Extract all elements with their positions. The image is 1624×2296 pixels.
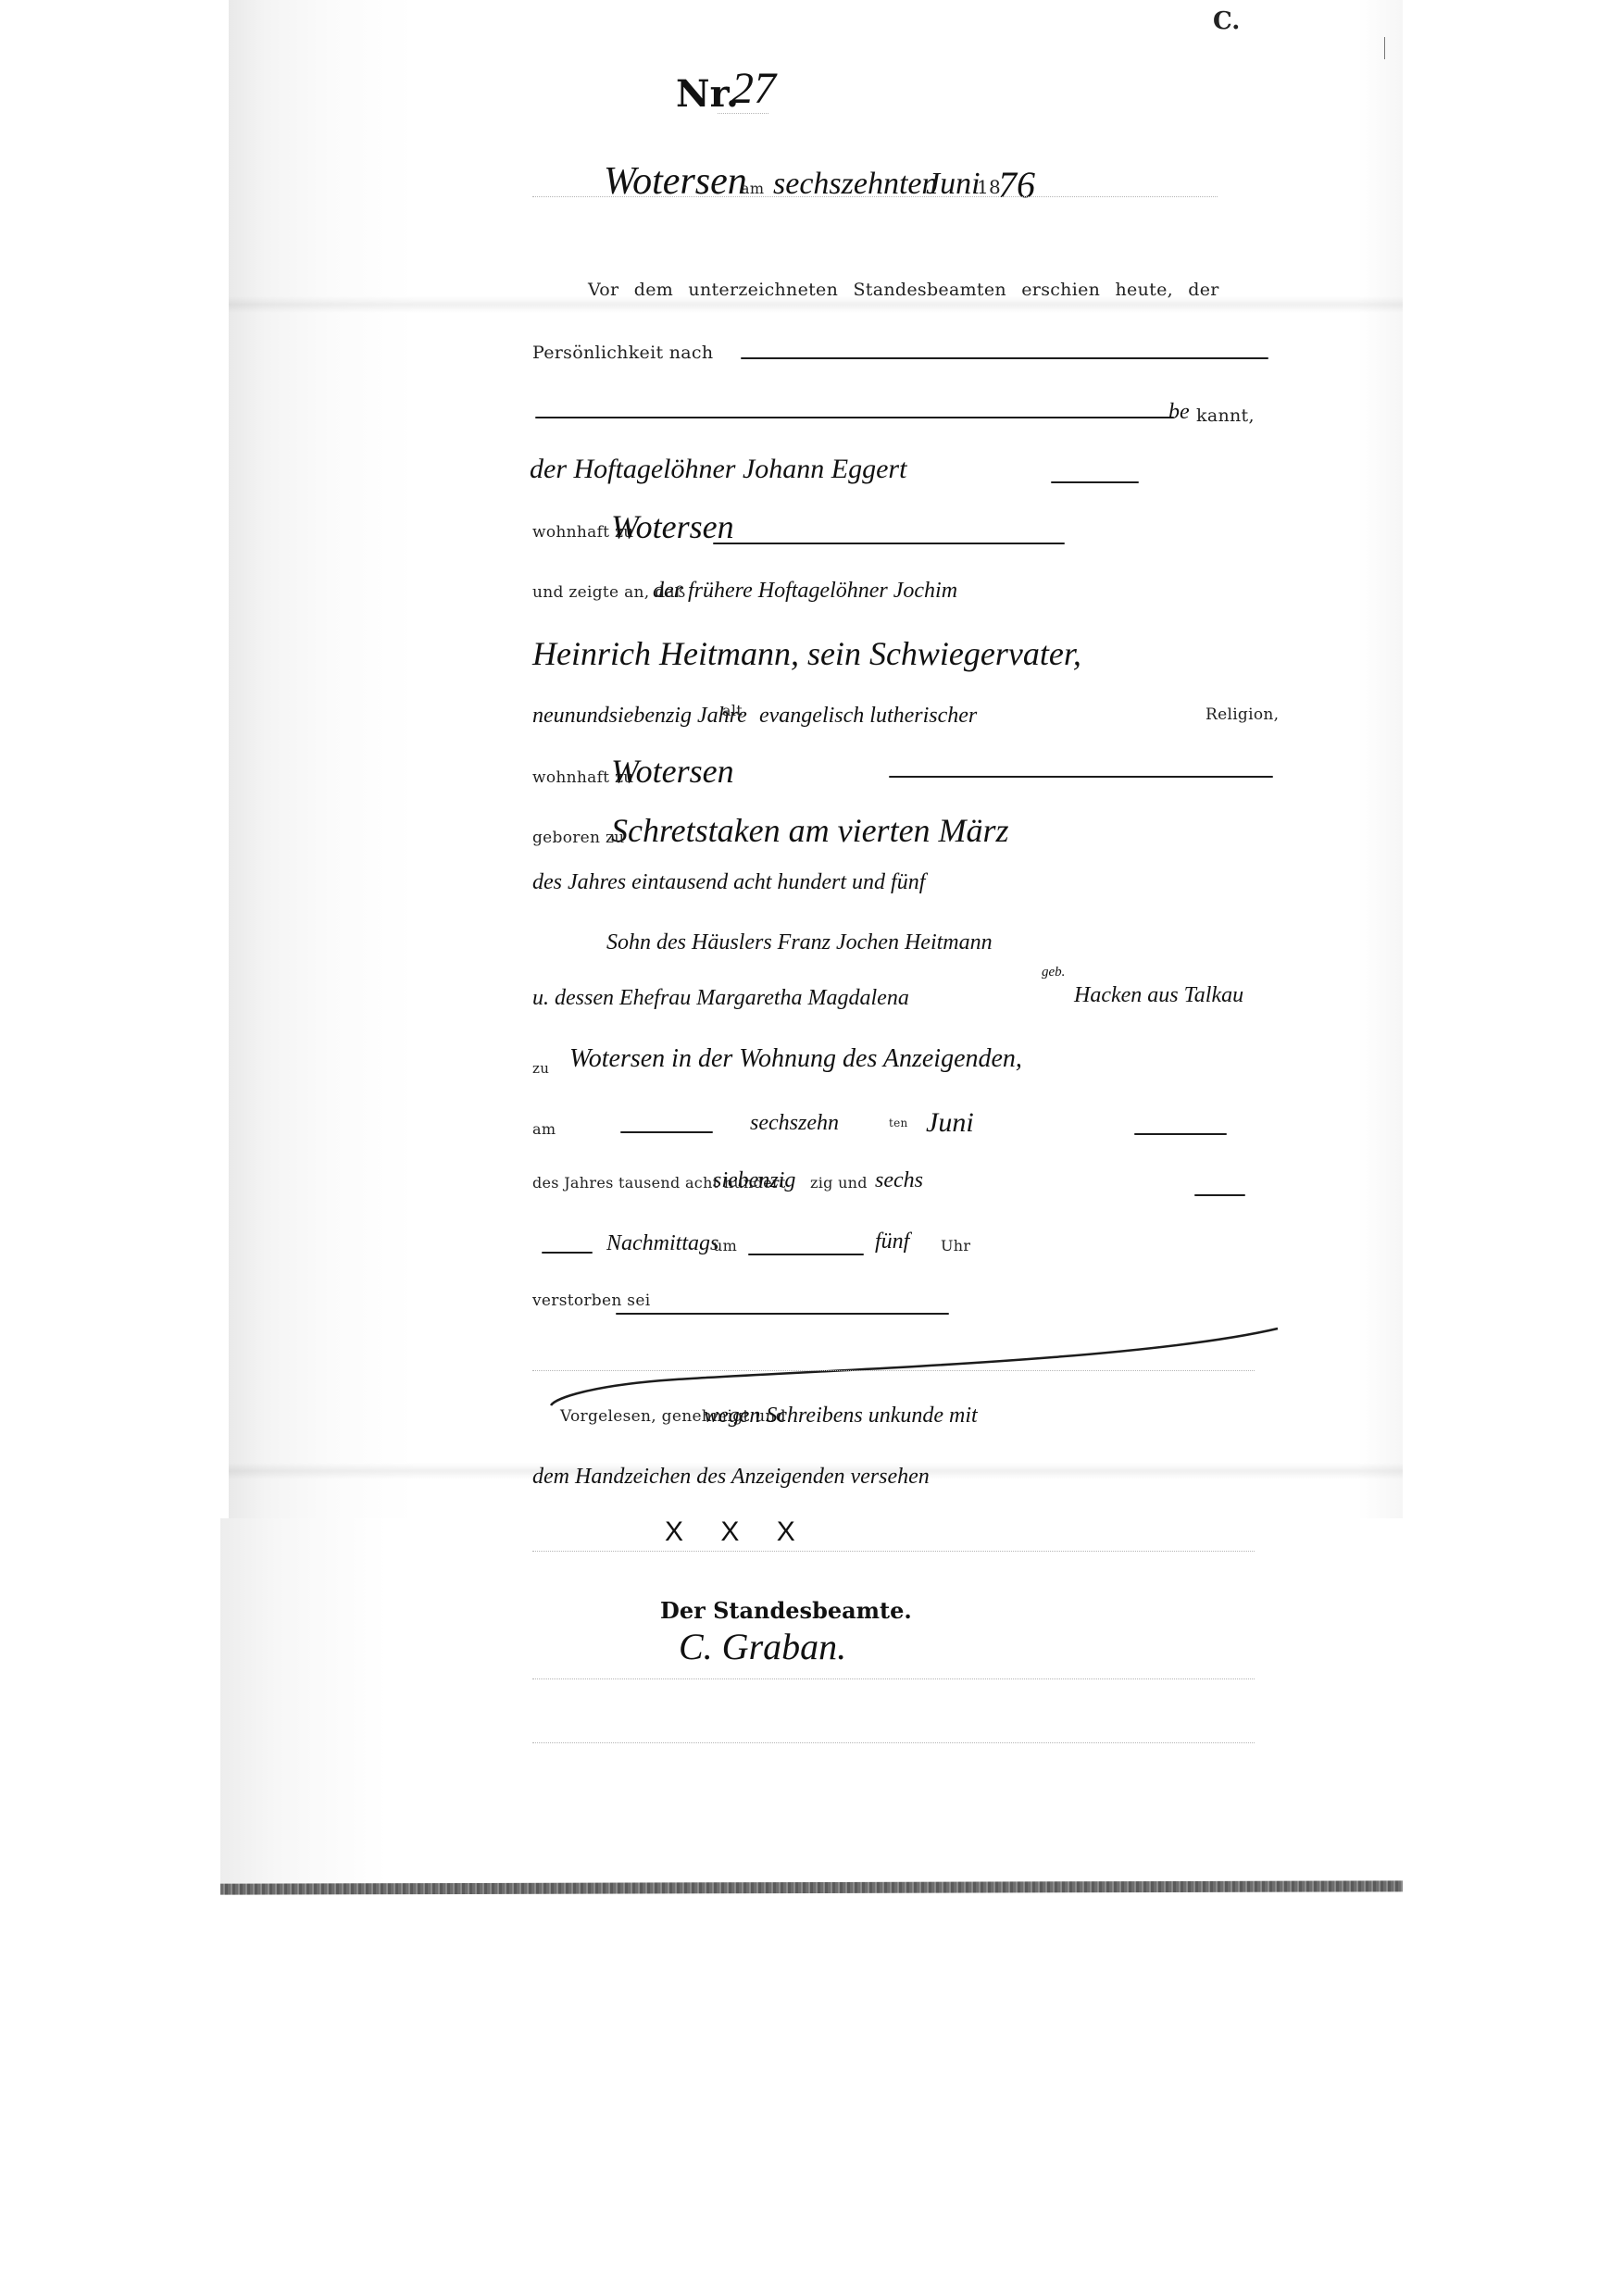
died-label: verstorben sei xyxy=(532,1291,650,1310)
hour-handwritten: fünf xyxy=(875,1229,909,1254)
ink-strike xyxy=(1194,1194,1245,1196)
parents-line2-end-handwritten: Hacken aus Talkau xyxy=(1074,983,1243,1008)
known-label: kannt, xyxy=(1196,406,1255,426)
death-year-hand2: sechs xyxy=(875,1168,923,1193)
am-label: am xyxy=(741,180,764,197)
parents-line2-handwritten: u. dessen Ehefrau Margaretha Magdalena xyxy=(532,986,909,1011)
death-day-handwritten: sechszehn xyxy=(750,1111,839,1136)
born-year-handwritten: des Jahres eintausend acht hundert und f… xyxy=(532,870,925,895)
deceased-line2-handwritten: Heinrich Heitmann, sein Schwiegervater, xyxy=(532,634,1081,673)
ink-strike xyxy=(535,417,1174,418)
ink-strike xyxy=(713,543,1065,544)
ten-suffix: ten xyxy=(889,1117,908,1129)
uhr-label: Uhr xyxy=(941,1237,970,1254)
ink-strike xyxy=(1134,1133,1227,1135)
closing-handwritten-line1: wegen Schreibens unkunde mit xyxy=(704,1404,978,1429)
record-number-label: Nr. xyxy=(676,72,739,116)
known-prefix-handwritten: be xyxy=(1168,400,1190,425)
religion-handwritten: evangelisch lutherischer xyxy=(759,704,977,729)
alt-label: alt xyxy=(722,702,743,719)
intro-line: Vor dem unterzeichneten Standesbeamten e… xyxy=(588,280,1219,300)
scan-mark xyxy=(1384,37,1385,59)
dotted-rule xyxy=(532,1370,1255,1371)
born-handwritten: Schretstaken am vierten März xyxy=(611,811,1009,850)
closing-flourish xyxy=(537,1324,1389,1407)
ink-strike xyxy=(741,357,1268,359)
place-of-death-handwritten: Wotersen in der Wohnung des Anzeigenden, xyxy=(569,1044,1022,1074)
closing-handwritten-line2: dem Handzeichen des Anzeigenden versehen xyxy=(532,1465,930,1490)
registrar-signature: C. Graban. xyxy=(679,1625,846,1668)
place-label: zu xyxy=(532,1060,549,1077)
personality-label: Persönlichkeit nach xyxy=(532,343,713,363)
corner-mark: C. xyxy=(1213,7,1240,35)
scan-bottom-edge xyxy=(220,1880,1403,1894)
dotted-rule xyxy=(532,196,1218,197)
document-page-lower-sheet xyxy=(220,1518,1403,1884)
und-label: zig und xyxy=(810,1174,868,1192)
signature-marks: X X X xyxy=(665,1516,810,1548)
ink-strike xyxy=(620,1131,713,1133)
death-am-label: am xyxy=(532,1120,556,1138)
deceased-residence-handwritten: Wotersen xyxy=(611,752,734,791)
ink-strike xyxy=(748,1254,864,1255)
um-label: um xyxy=(713,1237,737,1254)
informant-handwritten: der Hoftagelöhner Johann Eggert xyxy=(530,454,906,485)
ink-strike xyxy=(542,1252,593,1254)
dotted-rule xyxy=(532,1678,1255,1679)
ink-strike xyxy=(616,1313,949,1315)
record-number: 27 xyxy=(731,63,776,114)
death-year-hand1: siebenzig xyxy=(713,1168,795,1193)
dotted-rule xyxy=(718,113,768,114)
deceased-line1-handwritten: der frühere Hoftagelöhner Jochim xyxy=(653,579,957,604)
parents-line1-handwritten: Sohn des Häuslers Franz Jochen Heitmann xyxy=(606,930,993,955)
dotted-rule xyxy=(532,1742,1255,1743)
religion-label: Religion, xyxy=(1206,705,1279,724)
informant-residence-handwritten: Wotersen xyxy=(611,507,734,546)
maiden-note: geb. xyxy=(1042,965,1065,980)
dotted-rule xyxy=(532,1551,1255,1552)
year-suffix-handwritten: 76 xyxy=(998,163,1035,206)
registrar-title: Der Standesbeamte. xyxy=(660,1597,912,1624)
ink-strike xyxy=(1051,481,1139,483)
time-of-day-handwritten: Nachmittags xyxy=(606,1231,718,1256)
ink-strike xyxy=(889,776,1273,778)
age-handwritten: neunundsiebenzig Jahre xyxy=(532,704,747,729)
death-month-handwritten: Juni xyxy=(926,1107,974,1139)
